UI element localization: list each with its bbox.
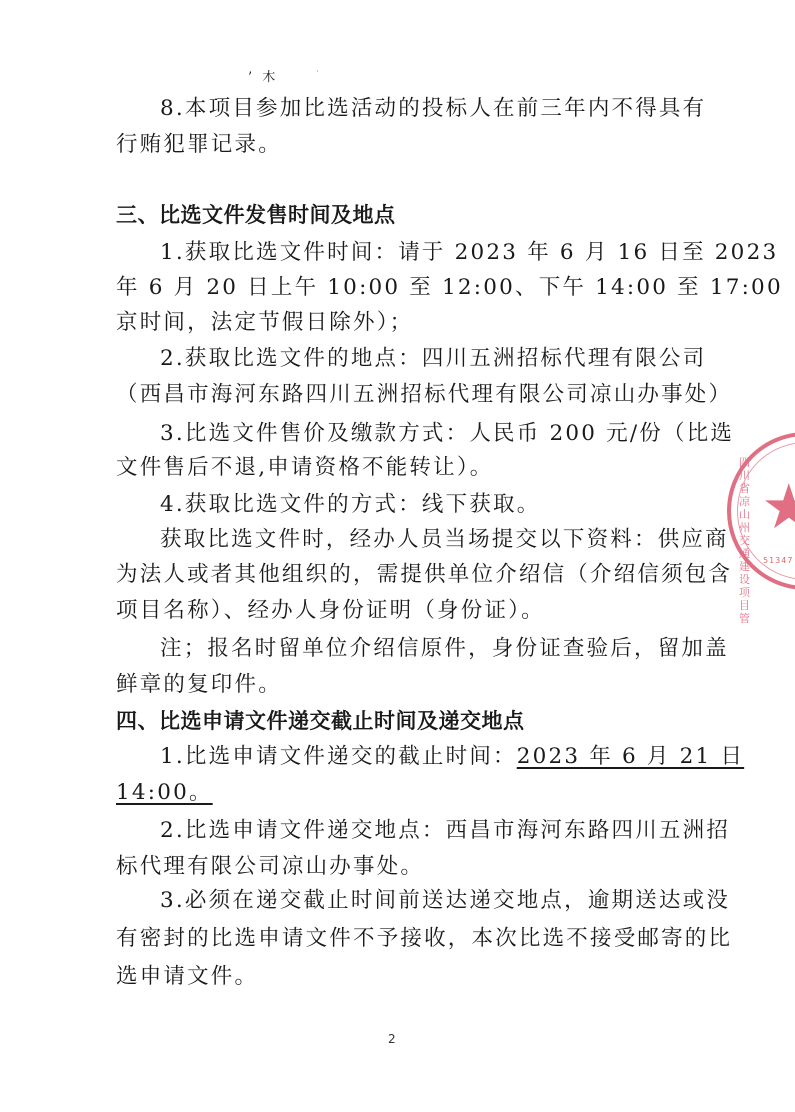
s4-item3-line1: 3.必须在递交截止时间前送达递交地点，逾期送达或没: [160, 886, 680, 916]
s3-requirements-line1: 获取比选文件时，经办人员当场提交以下资料：供应商: [160, 525, 680, 555]
s3-item3-line2: 文件售后不退,申请资格不能转让）。: [116, 453, 676, 483]
s3-requirements-line2: 为法人或者其他组织的，需提供单位介绍信（介绍信须包含: [116, 560, 676, 590]
s3-item2-line1: 2.获取比选文件的地点：四川五洲招标代理有限公司: [160, 344, 680, 374]
s4-item3-line2: 有密封的比选申请文件不予接收，本次比选不接受邮寄的比: [116, 924, 676, 954]
s4-item2-line1: 2.比选申请文件递交地点：西昌市海河东路四川五洲招: [160, 816, 680, 846]
deadline-date: 2023 年 6 月 21 日: [517, 744, 744, 769]
paragraph-8-line-2: 行贿犯罪记录。: [116, 130, 676, 160]
seal-star-icon: ★: [761, 476, 795, 538]
seal-code: 51347: [763, 556, 793, 565]
s3-item1-line1: 1.获取比选文件时间：请于 2023 年 6 月 16 日至 2023: [160, 238, 680, 268]
s4-item2-line2: 标代理有限公司凉山办事处。: [116, 852, 676, 882]
s3-item4-line1: 4.获取比选文件的方式：线下获取。: [160, 490, 680, 520]
scan-dot: ·: [316, 67, 319, 77]
s4-item1-line1: 1.比选申请文件递交的截止时间：2023 年 6 月 21 日: [160, 742, 680, 772]
deadline-time: 14:00。: [116, 780, 213, 805]
s4-item3-line3: 选申请文件。: [116, 962, 676, 992]
official-seal-stamp: 四川省凉山州交通建设项目管 ★ 51347: [727, 432, 795, 590]
scan-artifact: ’ 木: [248, 66, 278, 85]
section-4-heading: 四、比选申请文件递交截止时间及递交地点: [116, 706, 676, 736]
document-page: ’ 木 · 8.本项目参加比选活动的投标人在前三年内不得具有 行贿犯罪记录。 三…: [0, 0, 795, 1112]
s3-item1-line3: 京时间，法定节假日除外）；: [116, 308, 676, 338]
s3-note-line1: 注；报名时留单位介绍信原件，身份证查验后，留加盖: [160, 634, 680, 664]
s3-item1-line2: 年 6 月 20 日上午 10:00 至 12:00、下午 14:00 至 17…: [116, 273, 676, 303]
s3-item3-line1: 3.比选文件售价及缴款方式：人民币 200 元/份（比选: [160, 419, 680, 449]
s3-requirements-line3: 项目名称）、经办人身份证明（身份证）。: [116, 596, 676, 626]
section-3-heading: 三、比选文件发售时间及地点: [116, 200, 676, 230]
page-number: 2: [388, 1032, 396, 1046]
s3-note-line2: 鲜章的复印件。: [116, 670, 676, 700]
s4-item1-prefix: 1.比选申请文件递交的截止时间：: [160, 744, 517, 769]
seal-text: 四川省凉山州交通建设项目管: [739, 456, 759, 625]
paragraph-8-line-1: 8.本项目参加比选活动的投标人在前三年内不得具有: [160, 94, 680, 124]
s4-item1-line2: 14:00。: [116, 778, 676, 808]
s3-item2-line2: （西昌市海河东路四川五洲招标代理有限公司凉山办事处）: [116, 380, 676, 410]
